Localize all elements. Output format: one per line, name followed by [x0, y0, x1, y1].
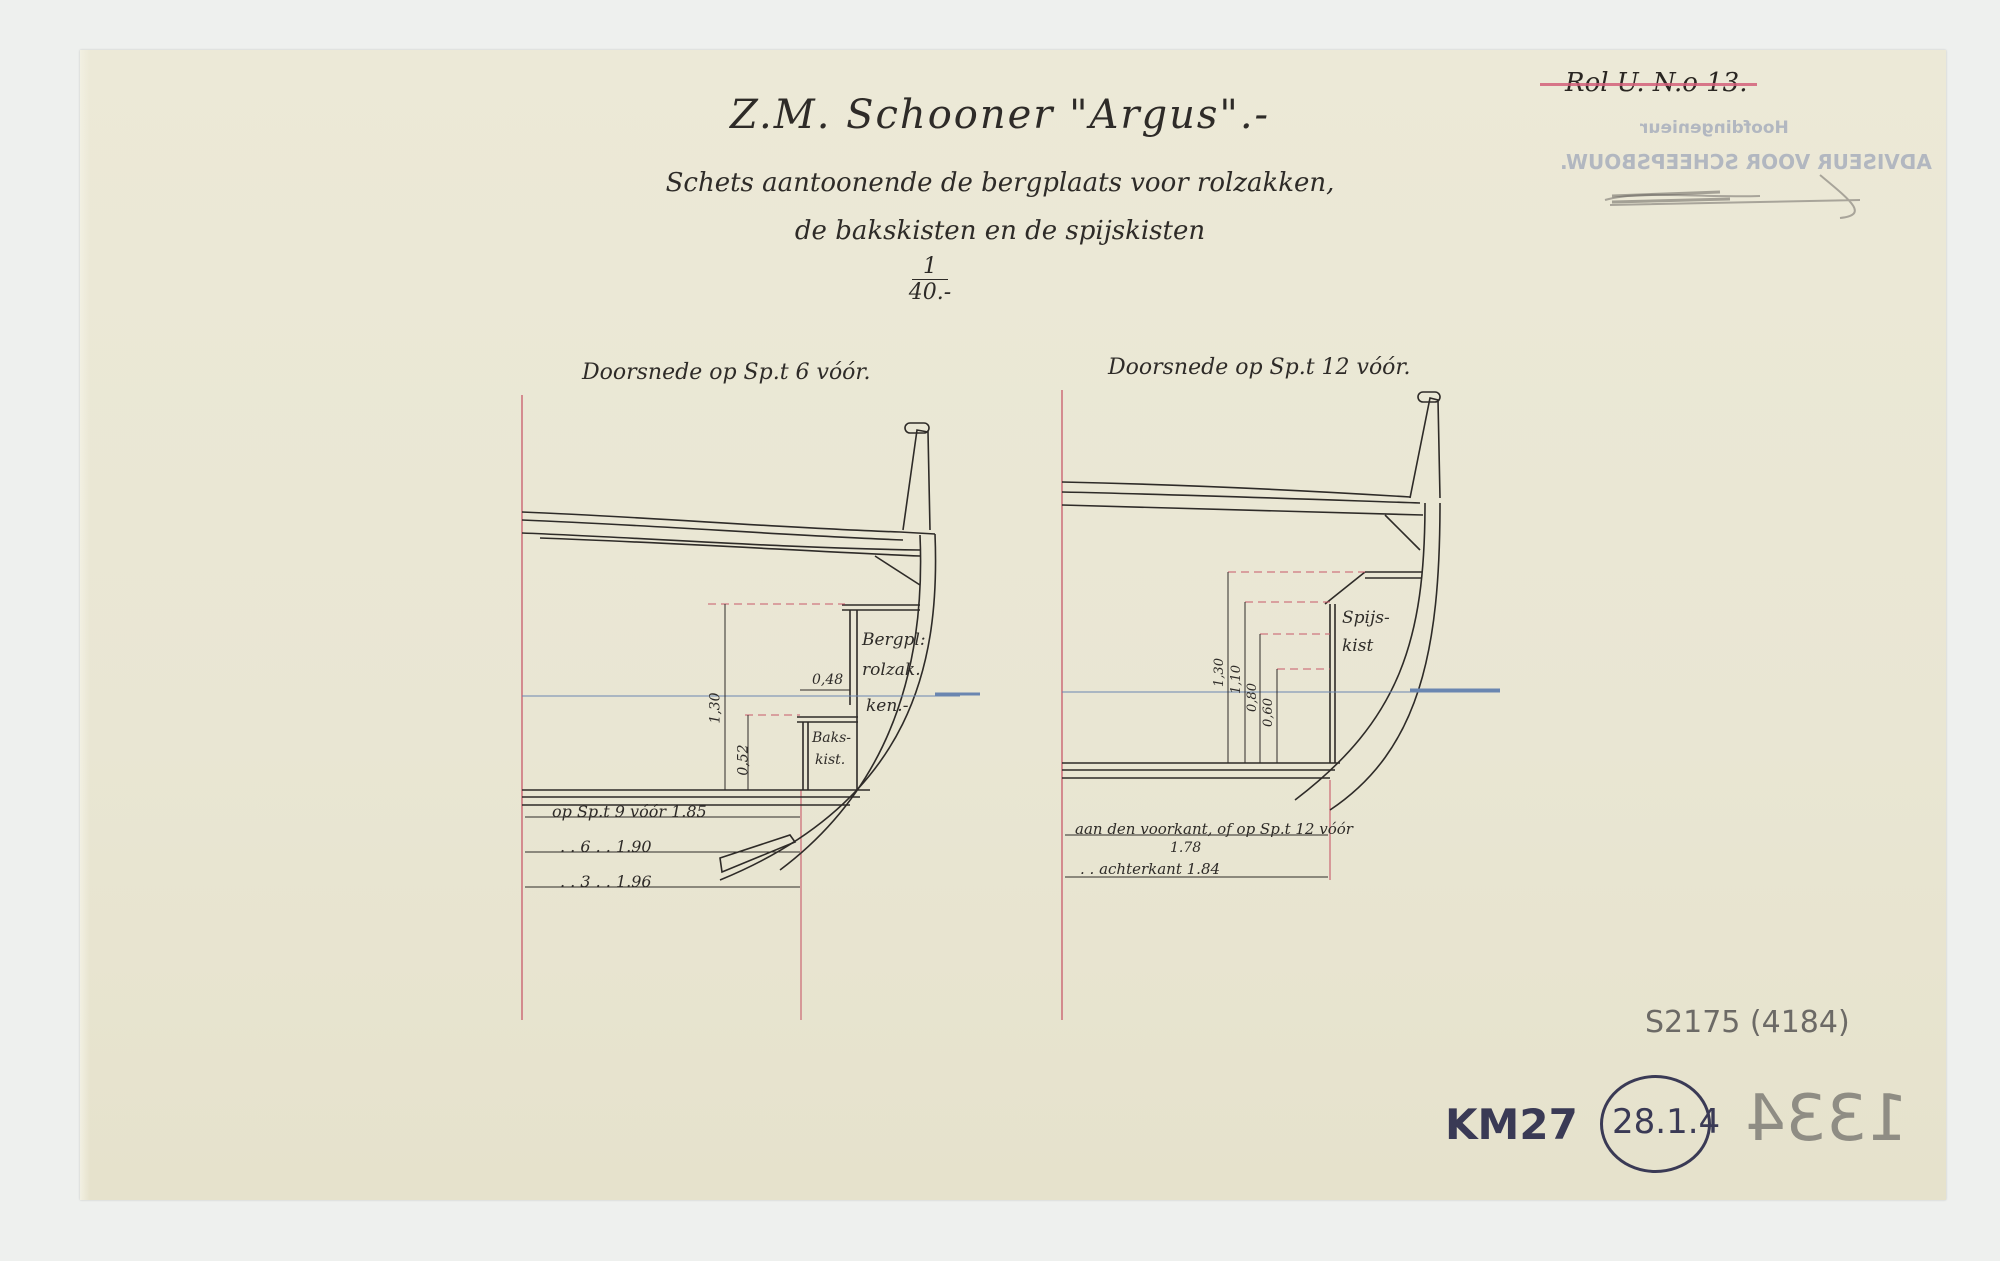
- bottom-note-front-value: 1.78: [1170, 840, 1201, 856]
- bottom-note-1: op Sp.t 9 vóór 1.85: [552, 802, 707, 821]
- bottom-note-2: . . 6 . . 1.90: [560, 837, 652, 856]
- catalog-code: KM27: [1445, 1100, 1578, 1149]
- circled-number: 28.1.4: [1612, 1102, 1720, 1142]
- dim-height-total: 1,30: [708, 692, 724, 723]
- cross-section-drawings: [0, 0, 2000, 1261]
- mirrored-number: 1334: [1745, 1082, 1908, 1156]
- storage-label-line3: ken.-: [866, 696, 908, 716]
- dim-h4: 0,60: [1261, 698, 1276, 727]
- bottom-note-back: . . achterkant 1.84: [1080, 860, 1220, 878]
- dim-height-box: 0,52: [736, 744, 752, 775]
- spijskist-label-line1: Spijs-: [1342, 608, 1390, 628]
- storage-label-line1: Bergpl:: [862, 630, 926, 650]
- dim-h2: 1,10: [1229, 665, 1244, 694]
- pencil-reference: S2175 (4184): [1645, 1005, 1850, 1040]
- dim-width-step: 0,48: [812, 672, 843, 688]
- dim-h1: 1,30: [1212, 658, 1227, 687]
- dim-h3: 0,80: [1245, 683, 1260, 712]
- spijskist-label-line2: kist: [1342, 636, 1373, 656]
- bottom-note-front: aan den voorkant, of op Sp.t 12 vóór: [1075, 820, 1353, 838]
- box-label-line2: kist.: [815, 752, 845, 768]
- bottom-note-3: . . 3 . . 1.96: [560, 872, 652, 891]
- storage-label-line2: rolzak.: [862, 660, 921, 680]
- box-label-line1: Baks-: [812, 730, 851, 746]
